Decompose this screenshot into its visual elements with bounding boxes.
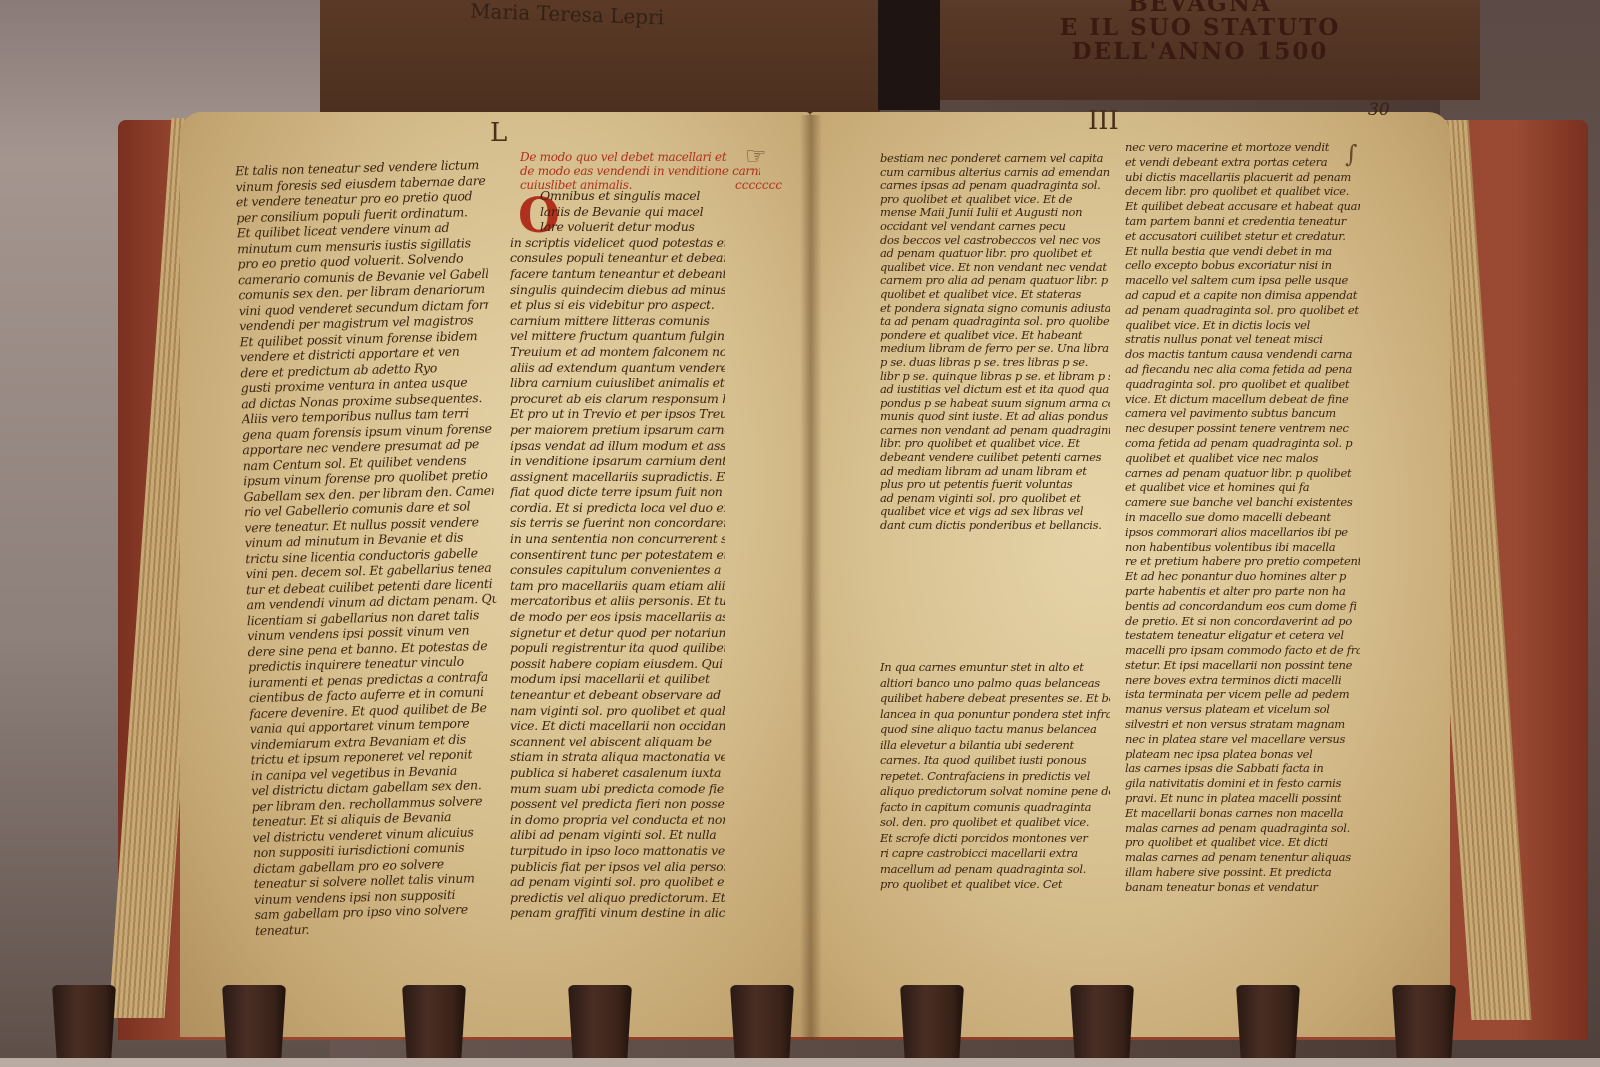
manuscript-line: ipsas vendat ad illum modum et assecta bbox=[510, 438, 725, 454]
manuscript-line: consules capitulum convenientes a vallat bbox=[510, 562, 725, 578]
manuscript-line: Treuium et ad montem falconem non bbox=[510, 344, 725, 360]
manuscript-line: ista terminata per vicem pelle ad pedem bbox=[1125, 687, 1360, 702]
manuscript-line: repetet. Contrafaciens in predictis vel bbox=[880, 769, 1110, 785]
manuscript-line: illa elevetur a bilantia ubi sederent bbox=[880, 738, 1110, 754]
manuscript-line: qualibet vice. Et non vendant nec vendat bbox=[880, 261, 1110, 275]
right-page-column-2: nec vero macerine et mortoze venditet ve… bbox=[1125, 140, 1360, 895]
page-support-clip bbox=[222, 985, 286, 1065]
manuscript-line: alibi ad penam viginti sol. Et nulla bbox=[510, 827, 725, 843]
manuscript-line: cello excepto bobus excoriatur nisi in bbox=[1125, 258, 1360, 273]
left-folio-mark: L bbox=[490, 118, 507, 148]
manuscript-line: macello vel saltem cum ipsa pelle usque bbox=[1125, 273, 1360, 288]
manuscript-line: illam habere sive possint. Et predicta bbox=[1125, 865, 1360, 880]
manuscript-line: munis quod sint iuste. Et ad alias pondu… bbox=[880, 410, 1110, 424]
manuscript-line: Et macellarii bonas carnes non macella bbox=[1125, 806, 1360, 821]
manuscript-line: lariis de Bevanie qui macel bbox=[510, 204, 725, 220]
book-title-text: BEVAGNAE IL SUO STATUTODELL'ANNO 1500 bbox=[1020, 0, 1380, 64]
manuscript-line: et pondera signata signo comunis adiusta bbox=[880, 302, 1110, 316]
manuscript-line: predictis vel aliquo predictorum. Et nos bbox=[510, 890, 725, 906]
manuscript-line: manus versus plateam et vicelum sol bbox=[1125, 702, 1360, 717]
page-support-clip bbox=[730, 985, 794, 1065]
rubric-heading: De modo quo vel debet macellari etde mod… bbox=[520, 150, 760, 192]
manuscript-line: Et pro ut in Trevio et per ipsos Treue bbox=[510, 406, 725, 422]
manuscript-line: facto in capitum comunis quadraginta bbox=[880, 800, 1110, 816]
manuscript-line: carnes ad penam quatuor libr. p quolibet bbox=[1125, 466, 1360, 481]
manuscript-line: nec in platea stare vel macellare versus bbox=[1125, 732, 1360, 747]
display-gap bbox=[878, 0, 940, 110]
manuscript-line: aliquo predictorum solvat nomine pene de bbox=[880, 784, 1110, 800]
manuscript-line: bestiam nec ponderet carnem vel capita bbox=[880, 152, 1110, 166]
manuscript-line: non habentibus volentibus ibi macella bbox=[1125, 540, 1360, 555]
manuscript-line: coma fetida ad penam quadraginta sol. p bbox=[1125, 436, 1360, 451]
manuscript-line: publica si haberet casalenum iuxta do bbox=[510, 765, 725, 781]
manuscript-line: re et pretium habere pro pretio competen… bbox=[1125, 554, 1360, 569]
left-page-column-2: Omnibus et singulis macellariis de Bevan… bbox=[510, 188, 725, 921]
manuscript-line: modum ipsi macellarii et quilibet bbox=[510, 671, 725, 687]
manuscript-line: carnium mittere litteras comunis bbox=[510, 313, 725, 329]
page-support-clip bbox=[1070, 985, 1134, 1065]
manuscript-line: las carnes ipsas die Sabbati facta in bbox=[1125, 761, 1360, 776]
manuscript-line: nere boves extra terminos dicti macelli bbox=[1125, 673, 1360, 688]
manuscript-line: dant cum dictis ponderibus et bellancis. bbox=[880, 519, 1110, 533]
manuscript-line: sis terris se fuerint non concordarent t… bbox=[510, 515, 725, 531]
manuscript-line: carnes ipsas ad penam quadraginta sol. bbox=[880, 179, 1110, 193]
manuscript-line: vice. Et dicti macellarii non occidant bbox=[510, 718, 725, 734]
manuscript-line: altiori banco uno palmo quas belanceas bbox=[880, 676, 1110, 692]
manuscript-line: testatem teneatur eligatur et cetera vel bbox=[1125, 628, 1360, 643]
manuscript-line: quolibet et qualibet vice nec malos bbox=[1125, 451, 1360, 466]
manuscript-line: ipsos commorari alios macellarios ibi pe bbox=[1125, 525, 1360, 540]
page-support-clip bbox=[402, 985, 466, 1065]
manuscript-line: assignent macellariis supradictis. Et si bbox=[510, 469, 725, 485]
manuscript-line: Et ad hec ponantur duo homines alter p bbox=[1125, 569, 1360, 584]
page-support-clip bbox=[52, 985, 116, 1065]
manuscript-line: scannent vel abiscent aliquam be bbox=[510, 734, 725, 750]
manuscript-line: in domo propria vel conducta et non bbox=[510, 812, 725, 828]
manuscript-line: in una sententia non concurrerent sen bbox=[510, 531, 725, 547]
manuscript-line: carnem pro alia ad penam quatuor libr. p bbox=[880, 274, 1110, 288]
manuscript-line: carnes. Ita quod quilibet iusti ponous bbox=[880, 753, 1110, 769]
manuscript-line: stiam in strata aliqua mactonatia vel bbox=[510, 749, 725, 765]
manuscript-line: penam graffiti vinum destine in alicam bbox=[510, 905, 725, 921]
manuscript-line: ri capre castrobicci macellarii extra bbox=[880, 846, 1110, 862]
manuscript-line: et vendi debeant extra portas cetera bbox=[1125, 155, 1360, 170]
right-page-column-1-bottom: In qua carnes emuntur stet in alto etalt… bbox=[880, 660, 1110, 893]
page-number: 30 bbox=[1368, 100, 1390, 120]
manuscript-line: libra carnium cuiuslibet animalis et bbox=[510, 375, 725, 391]
manuscript-line: bentis ad concordandum eos cum dome fi bbox=[1125, 599, 1360, 614]
manuscript-line: in macello sue domo macelli debeant bbox=[1125, 510, 1360, 525]
manuscript-line: quilibet habere debeat presentes se. Et … bbox=[880, 691, 1110, 707]
manuscript-line: turpitudo in ipso loco mattonatis vel bbox=[510, 843, 725, 859]
manuscript-line: De modo quo vel debet macellari et bbox=[520, 150, 760, 164]
right-folio-mark: III bbox=[1088, 106, 1119, 136]
manuscript-line: p se. duas libras p se. tres libras p se… bbox=[880, 356, 1110, 370]
manuscript-line: nam viginti sol. pro quolibet et qualibe… bbox=[510, 703, 725, 719]
manuscript-line: dos beccos vel castrobeccos vel nec vos bbox=[880, 234, 1110, 248]
manuscript-line: plateam nec ipsa platea bonas vel bbox=[1125, 747, 1360, 762]
manuscript-line: quolibet et qualibet vice. Et stateras bbox=[880, 288, 1110, 302]
manuscript-line: nec vero macerine et mortoze vendit bbox=[1125, 140, 1360, 155]
manuscript-line: de modo eas vendendi in venditione carni… bbox=[520, 164, 760, 178]
manuscript-line: ubi dictis macellariis placuerit ad pena… bbox=[1125, 170, 1360, 185]
manuscript-line: tam partem banni et credentia teneatur bbox=[1125, 214, 1360, 229]
background-book-right: BEVAGNAE IL SUO STATUTODELL'ANNO 1500 bbox=[940, 0, 1480, 100]
manuscript-line: camera vel pavimento subtus bancum bbox=[1125, 406, 1360, 421]
manuscript-line: tam pro macellariis quam etiam aliis bbox=[510, 578, 725, 594]
manuscript-line: sol. den. pro quolibet et qualibet vice. bbox=[880, 815, 1110, 831]
manuscript-line: lare voluerit detur modus bbox=[510, 219, 725, 235]
manuscript-line: mense Maii Junii Iulii et Augusti non bbox=[880, 206, 1110, 220]
page-support-clip bbox=[1236, 985, 1300, 1065]
manuscript-line: ta ad penam quadraginta sol. pro quolibe… bbox=[880, 315, 1110, 329]
manuscript-line: cordia. Et si predicta loca vel duo ex i… bbox=[510, 500, 725, 516]
manuscript-line: pondus p se habeat suum signum arma co bbox=[880, 397, 1110, 411]
page-support-clip bbox=[900, 985, 964, 1065]
manuscript-line: Et quilibet debeat accusare et habeat qu… bbox=[1125, 199, 1360, 214]
manuscript-line: pondere et qualibet vice. Et habeant bbox=[880, 329, 1110, 343]
manuscript-line: mercatoribus et aliis personis. Et tunc bbox=[510, 593, 725, 609]
manuscript-line: macelli pro ipsam commodo facto et de fr… bbox=[1125, 643, 1360, 658]
manuscript-line: lancea in qua ponuntur pondera stet infr… bbox=[880, 707, 1110, 723]
manuscript-line: silvestri et non versus stratam magnam bbox=[1125, 717, 1360, 732]
book-title-line: DELL'ANNO 1500 bbox=[1020, 40, 1380, 64]
manuscript-line: stratis nullus ponat vel teneat misci bbox=[1125, 332, 1360, 347]
manuscript-line: possit habere copiam eiusdem. Qui bbox=[510, 656, 725, 672]
manuscript-line: procuret ab eis clarum responsum hic. bbox=[510, 391, 725, 407]
manuscript-line: qualibet vice et vigs ad sex libras vel bbox=[880, 505, 1110, 519]
manuscript-line: in scriptis videlicet quod potestas et bbox=[510, 235, 725, 251]
manuscript-line: publicis fiat per ipsos vel alia persona bbox=[510, 859, 725, 875]
manuscript-line: malas carnes ad penam tenentur aliquas bbox=[1125, 850, 1360, 865]
manuscript-line: pravi. Et nunc in platea macelli possint bbox=[1125, 791, 1360, 806]
left-page-column-1: Et talis non teneatur sed vendere lictum… bbox=[235, 157, 505, 938]
manuscript-line: et qualibet vice et homines qui fa bbox=[1125, 480, 1360, 495]
manuscript-line: ad penam quatuor libr. pro quolibet et bbox=[880, 247, 1110, 261]
manuscript-line: banam teneatur bonas et vendatur bbox=[1125, 880, 1360, 895]
manuscript-line: cum carnibus alterius carnis ad emendand… bbox=[880, 166, 1110, 180]
manuscript-line: populi registrentur ita quod quilibet bbox=[510, 640, 725, 656]
manuscript-line: qualibet vice. Et in dictis locis vel bbox=[1125, 318, 1360, 333]
manuscript-line: nec desuper possint tenere ventrem nec bbox=[1125, 421, 1360, 436]
manuscript-line: ad penam quadraginta sol. pro quolibet e… bbox=[1125, 303, 1360, 318]
manuscript-line: ad iustitias vel dictum est et ita quod … bbox=[880, 383, 1110, 397]
manuscript-line: parte habentis et alter pro parte non ha bbox=[1125, 584, 1360, 599]
manuscript-line: vel mittere fructum quantum fulgin bbox=[510, 328, 725, 344]
rubric-tail: ccccccc bbox=[735, 178, 782, 192]
manuscript-line: ad capud et a capite non dimisa appendat bbox=[1125, 288, 1360, 303]
manuscript-line: pro quolibet et qualibet vice. Cet bbox=[880, 877, 1110, 893]
manuscript-line: vice. Et dictum macellum debeat de fine bbox=[1125, 392, 1360, 407]
manuscript-line: carnes non vendant ad penam quadraginta bbox=[880, 424, 1110, 438]
manuscript-line: quadraginta sol. pro quolibet et qualibe… bbox=[1125, 377, 1360, 392]
manuscript-line: macellum ad penam quadraginta sol. bbox=[880, 862, 1110, 878]
manuscript-line: ad mediam libram ad unam libram et bbox=[880, 465, 1110, 479]
manuscript-line: consentirent tunc per potestatem et bbox=[510, 547, 725, 563]
manuscript-line: ad penam viginti sol. pro quolibet et bbox=[880, 492, 1110, 506]
book-title-line: E IL SUO STATUTO bbox=[1020, 16, 1380, 40]
manuscript-line: occidant vel vendant carnes pecu bbox=[880, 220, 1110, 234]
manuscript-line: mum suam ubi predicta comode fieri bbox=[510, 781, 725, 797]
book-gutter bbox=[800, 115, 822, 1040]
manuscript-line: facere tantum teneantur et debeant bbox=[510, 266, 725, 282]
manuscript-line: camere sue banche vel banchi existentes bbox=[1125, 495, 1360, 510]
manuscript-line: teneantur et debeant observare ad pe bbox=[510, 687, 725, 703]
manuscript-line: in venditione ipsarum carnium dent et bbox=[510, 453, 725, 469]
manuscript-line: et accusatori cuilibet stetur et credatu… bbox=[1125, 229, 1360, 244]
manuscript-line: Omnibus et singulis macel bbox=[510, 188, 725, 204]
manuscript-line: malas carnes ad penam quadraginta sol. bbox=[1125, 821, 1360, 836]
book-author-text: Maria Teresa Lepri bbox=[470, 0, 665, 29]
manuscript-line: pro quolibet et qualibet vice. Et dicti bbox=[1125, 835, 1360, 850]
manuscript-line: medium libram de ferro per se. Una libra bbox=[880, 342, 1110, 356]
manuscript-line: fiat quod dicte terre ipsum fuit non bbox=[510, 484, 725, 500]
manuscript-line: libr. pro quolibet et qualibet vice. Et bbox=[880, 437, 1110, 451]
manuscript-line: libr p se. quinque libras p se. et libra… bbox=[880, 370, 1110, 384]
manuscript-line: consules populi teneantur et debeant bbox=[510, 250, 725, 266]
manuscript-line: In qua carnes emuntur stet in alto et bbox=[880, 660, 1110, 676]
manuscript-line: singulis quindecim diebus ad minus bbox=[510, 282, 725, 298]
manuscript-line: de pretio. Et si non concordaverint ad p… bbox=[1125, 614, 1360, 629]
manuscript-line: signetur et detur quod per notarium bbox=[510, 625, 725, 641]
manuscript-line: Et scrofe dicti porcidos montones ver bbox=[880, 831, 1110, 847]
manuscript-line: stetur. Et ipsi macellarii non possint t… bbox=[1125, 658, 1360, 673]
manuscript-line: debeant vendere cuilibet petenti carnes bbox=[880, 451, 1110, 465]
manuscript-line: possent vel predicta fieri non possent bbox=[510, 796, 725, 812]
manuscript-line: aliis ad extendum quantum vendere bbox=[510, 360, 725, 376]
manicule-icon: ☞ bbox=[745, 142, 767, 170]
page-support-clip bbox=[568, 985, 632, 1065]
manuscript-line: ad fiecandu nec alia coma fetida ad pena bbox=[1125, 362, 1360, 377]
manuscript-line: quod sine aliquo tactu manus belancea bbox=[880, 722, 1110, 738]
manuscript-line: et plus si eis videbitur pro aspect. bbox=[510, 297, 725, 313]
page-support-clip bbox=[1392, 985, 1456, 1065]
manuscript-line: decem libr. pro quolibet et qualibet vic… bbox=[1125, 184, 1360, 199]
manuscript-line: per maiorem pretium ipsarum carnes bbox=[510, 422, 725, 438]
manuscript-line: dos mactis tantum causa vendendi carna bbox=[1125, 347, 1360, 362]
manuscript-line: ad penam viginti sol. pro quolibet et bbox=[510, 874, 725, 890]
manuscript-line: plus pro ut petentis fuerit voluntas bbox=[880, 478, 1110, 492]
manuscript-line: de modo per eos ipsis macellariis as bbox=[510, 609, 725, 625]
manuscript-line: Et nulla bestia que vendi debet in ma bbox=[1125, 244, 1360, 259]
manuscript-line: gila nativitatis domini et in festo carn… bbox=[1125, 776, 1360, 791]
display-shelf bbox=[0, 1058, 1600, 1067]
right-page-column-1-top: bestiam nec ponderet carnem vel capitacu… bbox=[880, 152, 1110, 533]
manuscript-line: pro quolibet et qualibet vice. Et de bbox=[880, 193, 1110, 207]
background-book-left: Maria Teresa Lepri bbox=[320, 0, 880, 130]
